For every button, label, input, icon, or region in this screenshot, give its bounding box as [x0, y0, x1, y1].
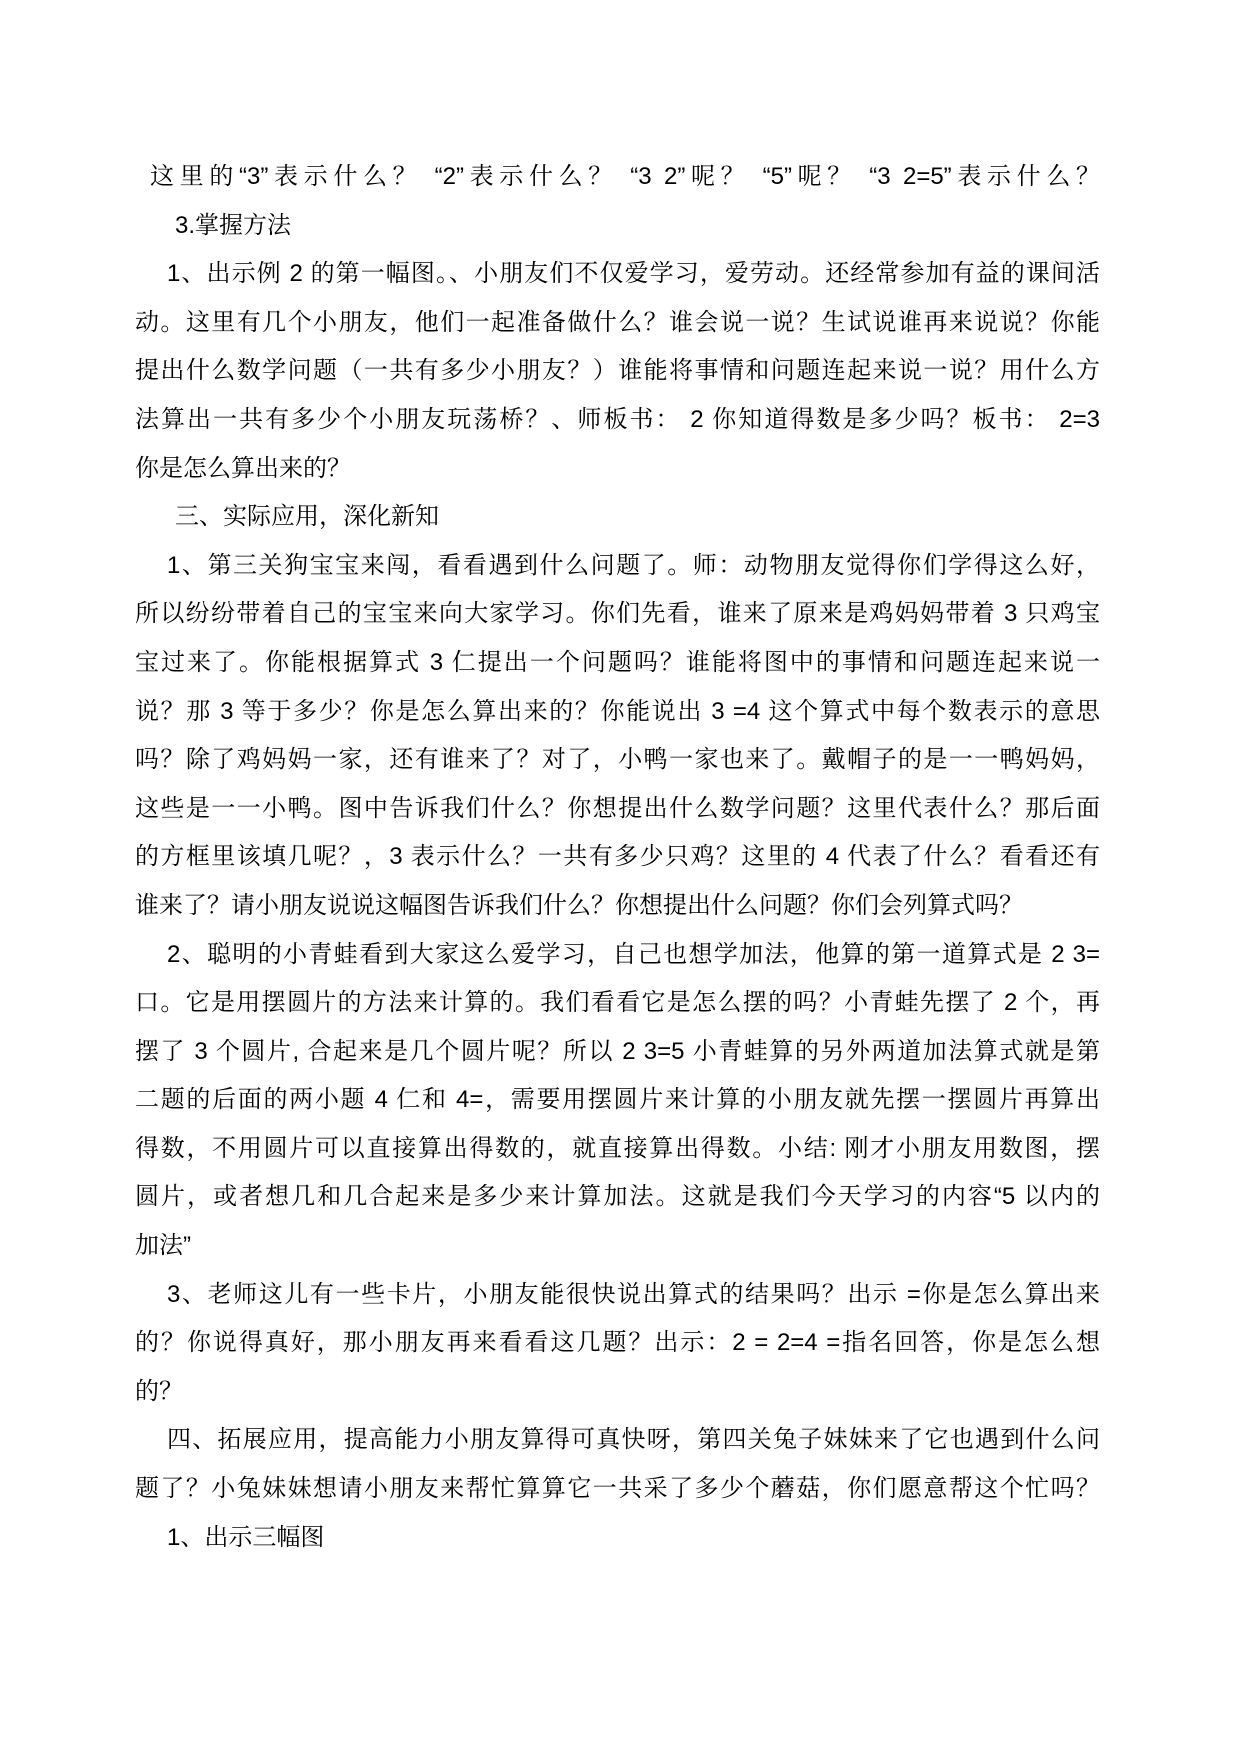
text-line: 的？你说得真好，那小朋友再来看看这几题？出示：2 = 2=4 =指名回答，你是怎…	[135, 1319, 1100, 1368]
text-line: 四、拓展应用，提高能力小朋友算得可真快呀，第四关兔子妹妹来了它也遇到什么问	[135, 1416, 1100, 1465]
document-text-block: 这里的“3”表示什么？ “2”表示什么？ “3 2”呢？ “5”呢？ “3 2=…	[135, 153, 1100, 1562]
text-line: 圆片，或者想几和几合起来是多少来计算加法。这就是我们今天学习的内容“5 以内的	[135, 1173, 1100, 1222]
text-line: 2、聪明的小青蛙看到大家这么爱学习，自己也想学加法，他算的第一道算式是 2 3=	[135, 931, 1100, 980]
text-line: 宝过来了。你能根据算式 3 仁提出一个问题吗？谁能将图中的事情和问题连起来说一	[135, 639, 1100, 688]
text-line: 法算出一共有多少个小朋友玩荡桥？、师板书： 2 你知道得数是多少吗？板书： 2=…	[135, 396, 1100, 445]
text-line: 的？	[135, 1368, 1100, 1417]
text-line: 这些是一一小鸭。图中告诉我们什么？你想提出什么数学问题？这里代表什么？那后面	[135, 785, 1100, 834]
text-line: 得数，不用圆片可以直接算出得数的，就直接算出得数。小结: 刚才小朋友用数图，摆	[135, 1125, 1100, 1174]
text-line: 你是怎么算出来的？	[135, 445, 1100, 494]
text-line: 这里的“3”表示什么？ “2”表示什么？ “3 2”呢？ “5”呢？ “3 2=…	[135, 153, 1100, 202]
text-line-heading: 3.掌握方法	[135, 202, 1100, 251]
text-line: 说？那 3 等于多少？你是怎么算出来的？你能说出 3 =4 这个算式中每个数表示…	[135, 688, 1100, 737]
text-line: 二题的后面的两小题 4 仁和 4=，需要用摆圆片来计算的小朋友就先摆一摆圆片再算…	[135, 1076, 1100, 1125]
text-line: 所以纷纷带着自己的宝宝来向大家学习。你们先看，谁来了原来是鸡妈妈带着 3 只鸡宝	[135, 590, 1100, 639]
text-line: 1、出示三幅图	[135, 1514, 1100, 1563]
text-line: 摆了 3 个圆片, 合起来是几个圆片呢？所以 2 3=5 小青蛙算的另外两道加法…	[135, 1028, 1100, 1077]
text-line: 题了？小兔妹妹想请小朋友来帮忙算算它一共采了多少个蘑菇，你们愿意帮这个忙吗？	[135, 1465, 1100, 1514]
text-line: 吗？除了鸡妈妈一家，还有谁来了？对了，小鸭一家也来了。戴帽子的是一一鸭妈妈，	[135, 736, 1100, 785]
document-page: 这里的“3”表示什么？ “2”表示什么？ “3 2”呢？ “5”呢？ “3 2=…	[0, 0, 1241, 1754]
text-line: 动。这里有几个小朋友，他们一起准备做什么？谁会说一说？生试说谁再来说说？你能	[135, 299, 1100, 348]
text-line: 1、出示例 2 的第一幅图。、小朋友们不仅爱学习，爱劳动。还经常参加有益的课间活	[135, 250, 1100, 299]
text-line: 谁来了？请小朋友说说这幅图告诉我们什么？你想提出什么问题？你们会列算式吗？	[135, 882, 1100, 931]
text-line: 的方框里该填几呢？，3 表示什么？一共有多少只鸡？这里的 4 代表了什么？看看还…	[135, 833, 1100, 882]
text-line: 加法”	[135, 1222, 1100, 1271]
text-line: 提出什么数学问题（一共有多少小朋友？）谁能将事情和问题连起来说一说？用什么方	[135, 347, 1100, 396]
text-line: 口。它是用摆圆片的方法来计算的。我们看看它是怎么摆的吗？小青蛙先摆了 2 个，再	[135, 979, 1100, 1028]
text-line: 3、老师这儿有一些卡片，小朋友能很快说出算式的结果吗？出示 =你是怎么算出来	[135, 1271, 1100, 1320]
text-line: 1、第三关狗宝宝来闯，看看遇到什么问题了。师：动物朋友觉得你们学得这么好，	[135, 542, 1100, 591]
text-line-heading: 三、实际应用，深化新知	[135, 493, 1100, 542]
